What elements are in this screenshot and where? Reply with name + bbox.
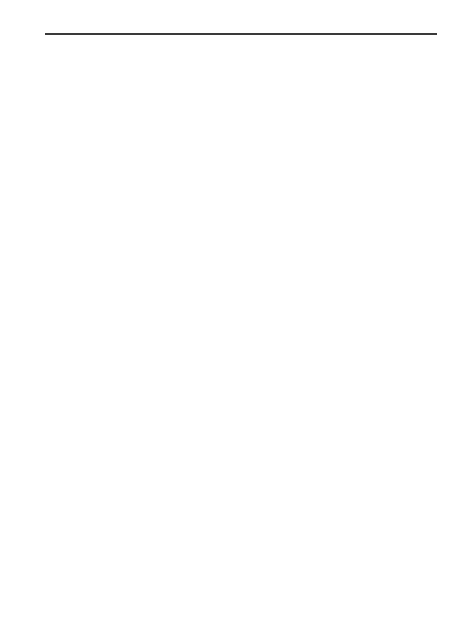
exam-page [0, 0, 455, 623]
answer-line-q18 [45, 33, 437, 35]
